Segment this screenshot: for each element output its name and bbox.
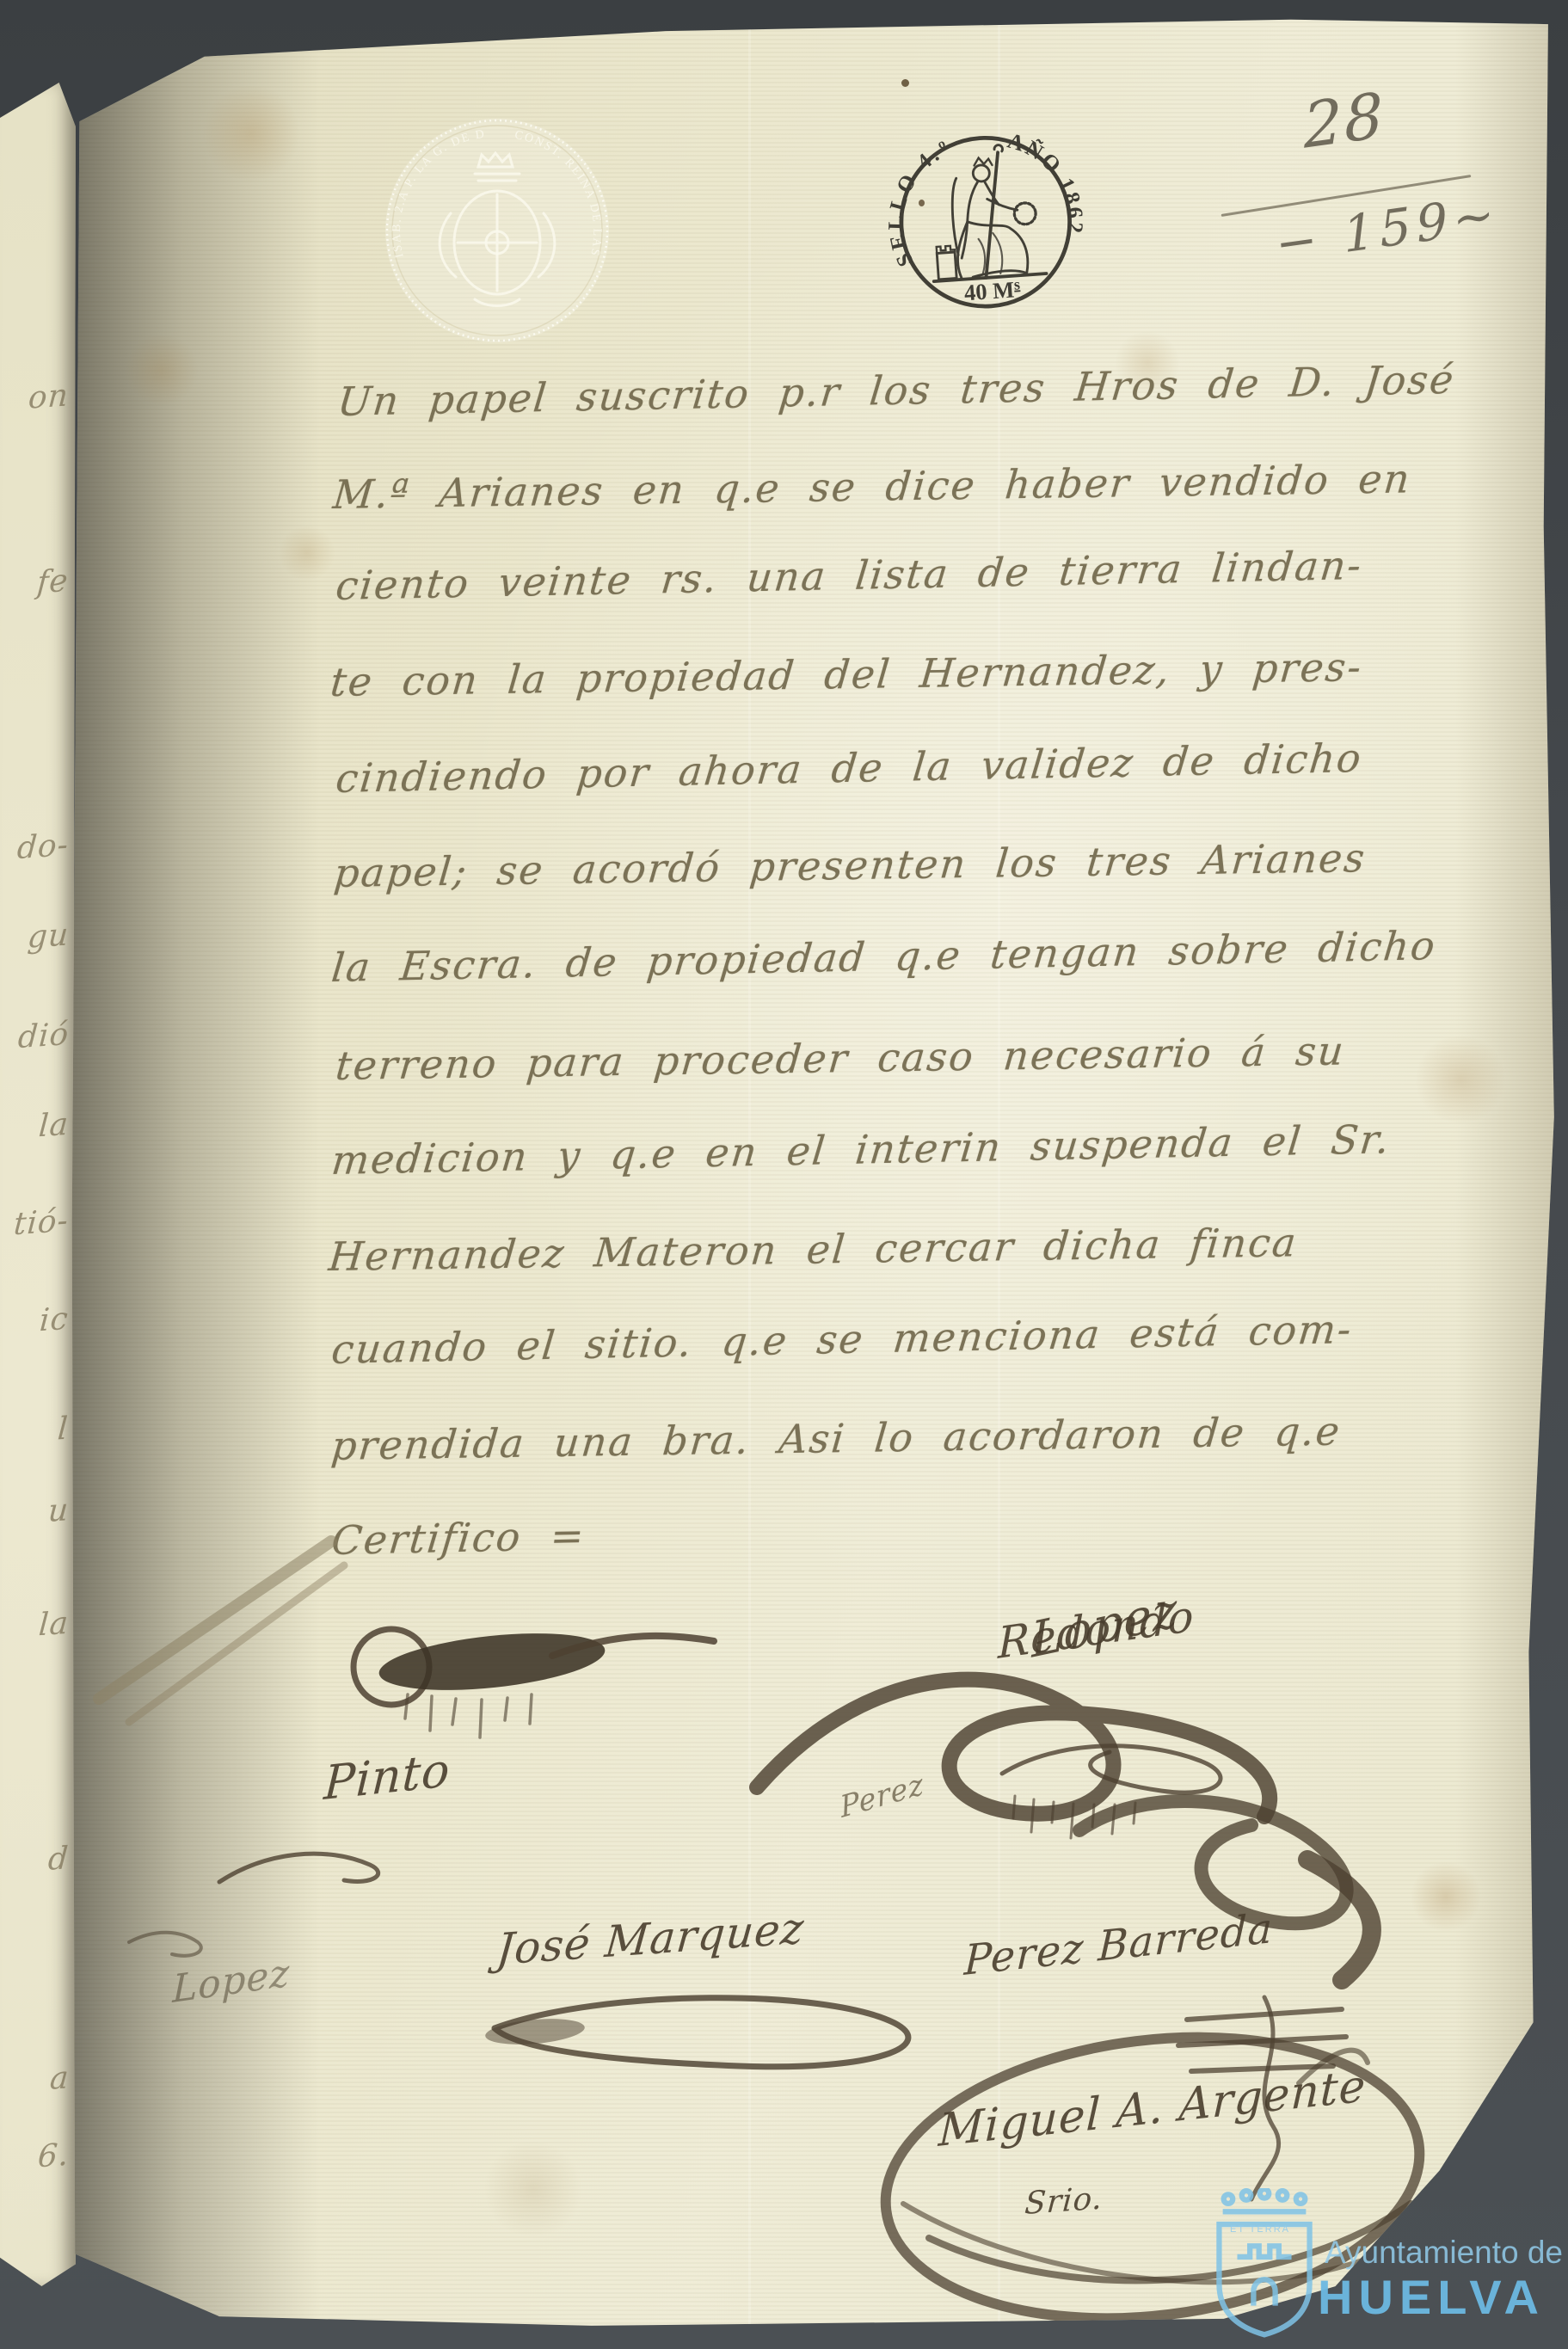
folio-number: 28 [1302, 78, 1387, 163]
prev-page-text-fragment: l [57, 1411, 70, 1447]
document-page: ISAB. 2.A P. LA G. DE DIOS Y LA CONST. R… [71, 17, 1559, 2333]
prev-page-text-fragment: gu [26, 917, 70, 956]
signature-jose-marquez: José Marquez [495, 1903, 807, 1975]
manuscript-line: ciento veinte rs. una lista de tierra li… [334, 542, 1365, 609]
signature-perez: Perez [838, 1767, 925, 1825]
prev-page-text-fragment: do- [16, 827, 71, 866]
manuscript-line: cuando el sitio. q.e se menciona está co… [329, 1306, 1355, 1373]
embossed-seal-graphic: ISAB. 2.A P. LA G. DE DIOS Y LA CONST. R… [378, 112, 616, 349]
manuscript-line: M.ª Arianes en q.e se dice haber vendido… [331, 455, 1413, 518]
revenue-stamp-graphic: SELLO 4.º AÑO 1862. 40 Ms [881, 115, 1091, 335]
manuscript-line: prendida una bra. Asi lo acordaron de q.… [329, 1408, 1344, 1469]
previous-page-edge: on fe do- gu dió la tió- ic l u la d a 6… [0, 83, 76, 2286]
folio-dash: − [1274, 209, 1325, 274]
prev-page-text-fragment: a [48, 2060, 70, 2097]
prev-page-text-fragment: d [47, 1841, 71, 1878]
prev-page-text-fragment: 6. [36, 2137, 70, 2175]
prev-page-text-fragment: ic [39, 1301, 70, 1339]
manuscript-line: papel; se acordó presenten los tres Aria… [332, 834, 1368, 896]
prev-page-text-fragment: la [38, 1107, 71, 1145]
prev-page-text-fragment: fe [36, 563, 70, 601]
manuscript-line: la Escra. de propiedad q.e tengan sobre … [329, 922, 1439, 991]
prev-page-text-fragment: la [38, 1606, 71, 1644]
prev-page-text-fragment: on [28, 378, 71, 416]
prev-page-text-fragment: u [46, 1492, 70, 1529]
page-edge-shading [1455, 17, 1559, 2333]
manuscript-line: Hernandez Materon el cercar dicha finca [327, 1219, 1300, 1280]
manuscript-line: terreno para proceder caso necesario á s… [334, 1028, 1347, 1089]
scan-background: on fe do- gu dió la tió- ic l u la d a 6… [0, 0, 1568, 2349]
stamp-denomination: 40 Ms [963, 275, 1021, 305]
embossed-royal-seal-icon: ISAB. 2.A P. LA G. DE DIOS Y LA CONST. R… [378, 112, 616, 349]
prev-page-text-fragment: dió [16, 1017, 70, 1055]
manuscript-line: cindiendo por ahora de la validez de dic… [334, 735, 1365, 802]
manuscript-line: Certifico = [329, 1512, 587, 1564]
watermark-city: HUELVA [1318, 2269, 1545, 2325]
signature-miguel: Miguel A. Argente [938, 2060, 1367, 2157]
folio-dash: ~ [1451, 184, 1502, 249]
revenue-stamp-icon: SELLO 4.º AÑO 1862. 40 Ms [881, 115, 1091, 335]
manuscript-line: Un papel suscrito p.r los tres Hros de D… [335, 356, 1457, 425]
manuscript-line: medicion y q.e en el interin suspenda el… [329, 1116, 1393, 1184]
signature-secretary-abbrev: Srio. [1024, 2180, 1104, 2222]
folio-second-number: 159 [1341, 190, 1454, 264]
signature-pinto: Pinto [323, 1743, 452, 1811]
ink-speck [901, 79, 909, 87]
signature-perez-barreda: Perez Barreda [963, 1904, 1274, 1985]
foxing-stain [482, 2142, 585, 2236]
signature-lopez: Lopez [1030, 1582, 1179, 1670]
manuscript-line: te con la propiedad del Hernandez, y pre… [329, 643, 1365, 705]
prev-page-text-fragment: tió- [13, 1203, 71, 1243]
